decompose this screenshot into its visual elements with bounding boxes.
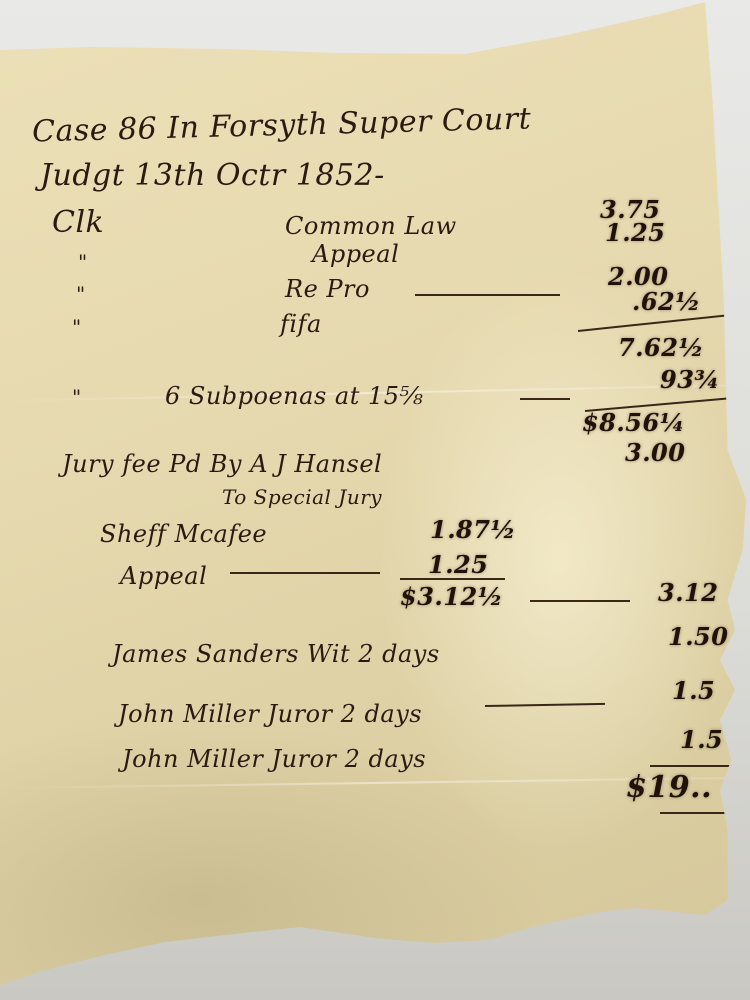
- strikethrough-line: [485, 703, 605, 707]
- amount-fifa: .62½: [632, 287, 701, 316]
- amount-john-miller-2: 1.5: [680, 725, 723, 754]
- leader-line: [415, 294, 560, 296]
- sum-line: [650, 765, 740, 767]
- amount-james-sanders: 1.50: [668, 622, 728, 651]
- clerk-total: $8.56¼: [582, 408, 685, 437]
- ditto-mark: ": [76, 282, 86, 306]
- amount-sheriff-appeal: 1.25: [428, 550, 488, 579]
- underline: [660, 812, 750, 814]
- jury-special-line: To Special Jury: [222, 485, 382, 509]
- amount-sheriff-carried: 3.12: [658, 578, 718, 607]
- sum-line: [400, 578, 505, 580]
- sheriff-total: $3.12½: [400, 582, 503, 611]
- item-common-law: Common Law: [285, 212, 457, 240]
- amount-jury: 3.00: [625, 438, 685, 467]
- amount-subpoenas: 93¾: [660, 365, 720, 394]
- ditto-mark: ": [72, 385, 82, 409]
- sum-line: [578, 313, 737, 331]
- grand-total: $19..: [626, 770, 712, 805]
- sheriff-appeal-label: Appeal: [120, 562, 207, 590]
- header-case-line: Case 86 In Forsyth Super Court: [32, 101, 532, 149]
- leader-line: [530, 600, 630, 602]
- witness-james-sanders: James Sanders Wit 2 days: [112, 640, 440, 668]
- ditto-mark: ": [78, 250, 88, 274]
- clerk-subtotal: 7.62½: [618, 333, 704, 362]
- jury-fee-line: Jury fee Pd By A J Hansel: [62, 450, 382, 478]
- aged-paper-document: Case 86 In Forsyth Super Court Judgt 13t…: [0, 0, 750, 1000]
- amount-sheriff: 1.87½: [430, 515, 516, 544]
- amount-john-miller-1: 1.5: [672, 676, 715, 705]
- item-subpoenas: 6 Subpoenas at 15⅝: [165, 382, 423, 410]
- juror-john-miller: John Miller Juror 2 days: [122, 745, 426, 773]
- juror-john-miller-struck: John Miller Juror 2 days: [118, 700, 422, 728]
- item-fifa: fifa: [280, 310, 322, 338]
- leader-line: [520, 398, 570, 400]
- header-judgment-date: Judgt 13th Octr 1852-: [40, 158, 385, 193]
- sheriff-label: Sheff Mcafee: [100, 520, 267, 548]
- clerk-label: Clk: [52, 205, 104, 240]
- ditto-mark: ": [72, 315, 82, 339]
- leader-line: [230, 572, 380, 574]
- amount-appeal: 1.25: [605, 218, 665, 247]
- item-appeal: Appeal: [312, 240, 399, 268]
- item-re-pro: Re Pro: [285, 275, 370, 303]
